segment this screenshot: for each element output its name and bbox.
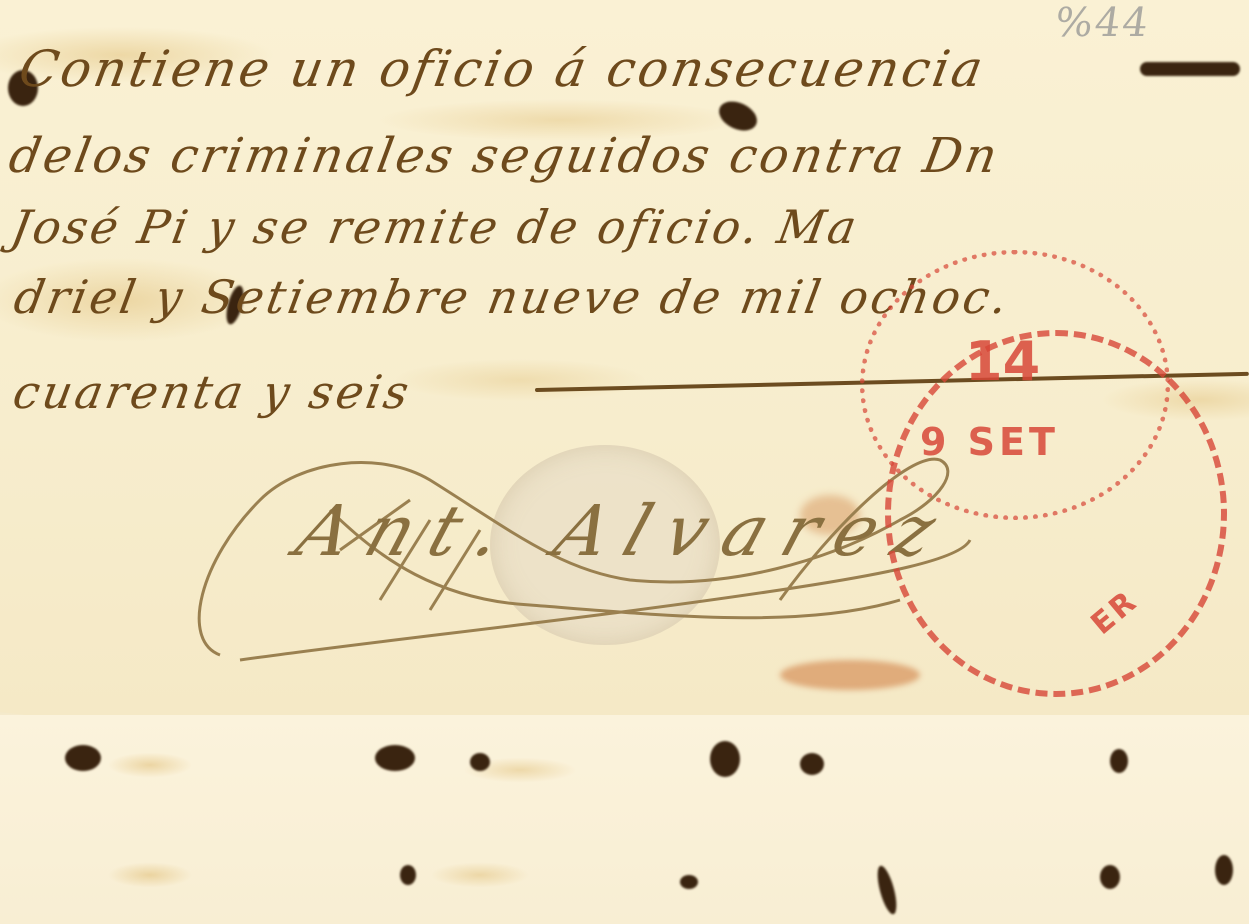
ink-blot (1215, 855, 1233, 885)
stamp-date: 9 SET (920, 420, 1059, 464)
ink-blot (1140, 62, 1240, 76)
handwritten-line-5: cuarenta y seis (9, 365, 415, 419)
ink-blot (400, 865, 416, 885)
ink-blot (470, 753, 490, 771)
ink-blot (680, 875, 698, 889)
handwritten-line-1: Contiene un oficio á consecuencia (15, 40, 990, 98)
underlying-page (0, 715, 1249, 924)
signature: Ant. Alvarez (287, 490, 964, 572)
handwritten-line-2: delos criminales seguidos contra Dn (5, 128, 1004, 184)
pencil-annotation: %44 (1052, 0, 1153, 46)
ink-blot (65, 745, 101, 771)
handwritten-line-3: José Pi y se remite de oficio. Ma (7, 200, 863, 254)
ink-blot (375, 745, 415, 771)
ink-blot (1110, 749, 1128, 773)
ink-blot (710, 741, 740, 777)
ink-blot (800, 753, 824, 775)
ink-blot (1100, 865, 1120, 889)
bleed-through-row (0, 855, 1249, 895)
handwritten-line-4: driel y Setiembre nueve de mil ochoc. (10, 270, 1014, 324)
stamp-number: 14 (965, 330, 1040, 393)
red-postal-stamp (885, 330, 1227, 697)
bleed-through-row (0, 745, 1249, 785)
